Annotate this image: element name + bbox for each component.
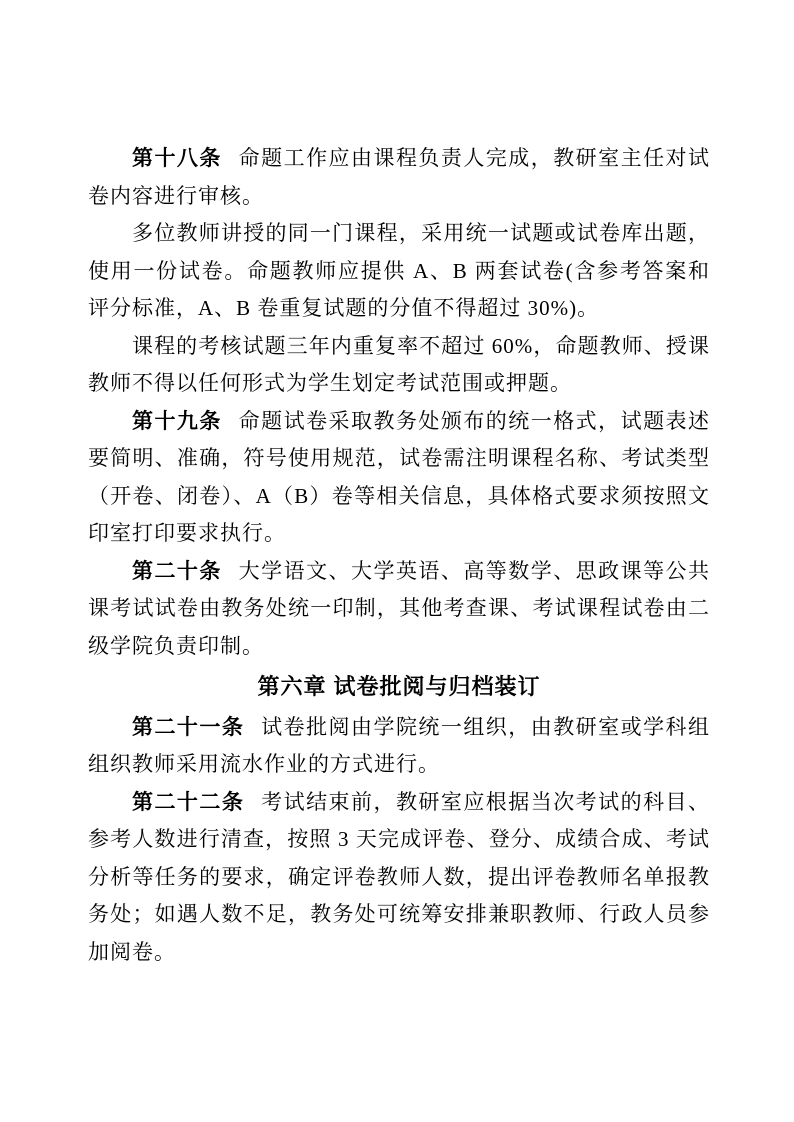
paragraph-article-21: 第二十一条试卷批阅由学院统一组织，由教研室或学科组组织教师采用流水作业的方式进行… [88, 709, 710, 784]
paragraph-article-19: 第十九条命题试卷采取教务处颁布的统一格式，试题表述要简明、准确，符号使用规范，试… [88, 403, 710, 553]
paragraph-article-18-continuation-1: 多位教师讲授的同一门课程，采用统一试题或试卷库出题，使用一份试卷。命题教师应提供… [88, 215, 710, 328]
article-18-number: 第十八条 [132, 146, 222, 170]
paragraph-article-20: 第二十条大学语文、大学英语、高等数学、思政课等公共课考试试卷由教务处统一印制，其… [88, 553, 710, 666]
article-20-number: 第二十条 [132, 559, 222, 583]
article-18-continuation-1-text: 多位教师讲授的同一门课程，采用统一试题或试卷库出题，使用一份试卷。命题教师应提供… [88, 221, 710, 320]
document-page: 第十八条命题工作应由课程负责人完成，教研室主任对试卷内容进行审核。 多位教师讲授… [0, 0, 794, 1122]
paragraph-article-18-continuation-2: 课程的考核试题三年内重复率不超过 60%，命题教师、授课教师不得以任何形式为学生… [88, 328, 710, 403]
article-18-continuation-2-text: 课程的考核试题三年内重复率不超过 60%，命题教师、授课教师不得以任何形式为学生… [88, 334, 710, 396]
article-22-text: 考试结束前，教研室应根据当次考试的科目、参考人数进行清查，按照 3 天完成评卷、… [88, 790, 710, 964]
paragraph-article-22: 第二十二条考试结束前，教研室应根据当次考试的科目、参考人数进行清查，按照 3 天… [88, 784, 710, 972]
paragraph-article-18: 第十八条命题工作应由课程负责人完成，教研室主任对试卷内容进行审核。 [88, 140, 710, 215]
article-22-number: 第二十二条 [132, 790, 244, 814]
chapter-6-heading: 第六章 试卷批阅与归档装订 [88, 668, 710, 706]
article-21-number: 第二十一条 [132, 715, 244, 739]
article-19-number: 第十九条 [132, 409, 222, 433]
